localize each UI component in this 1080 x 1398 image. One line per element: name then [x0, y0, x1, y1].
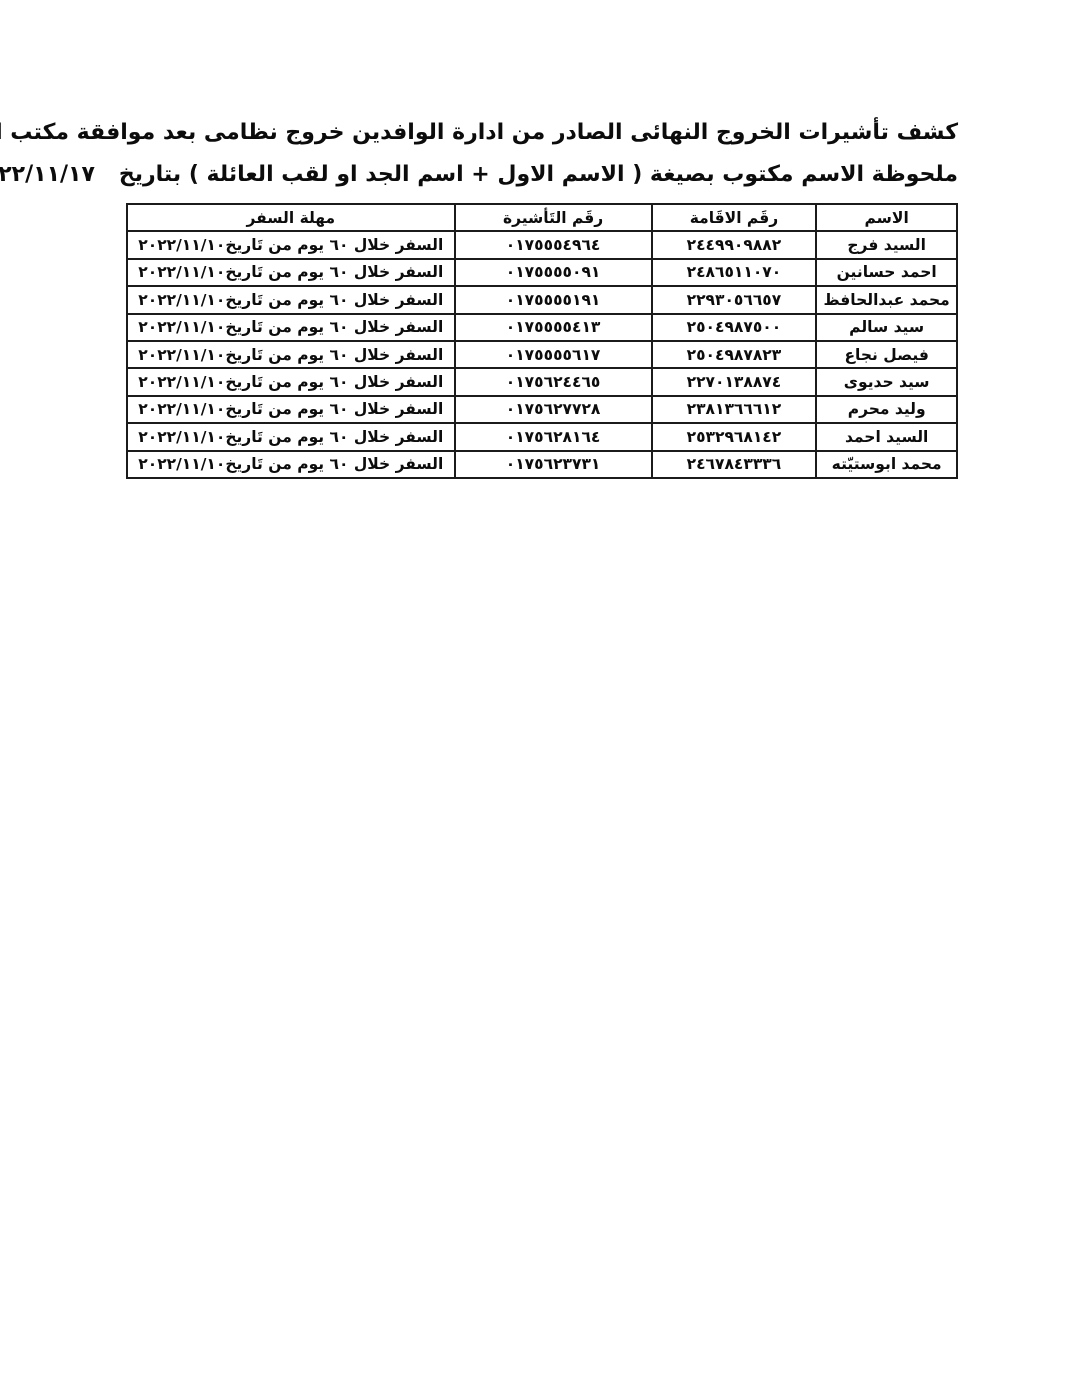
name-cell: فيصل نجاع	[816, 341, 957, 368]
visa-number-cell: ٠١٧٥٥٥٥٠٩١	[455, 259, 652, 286]
travel-window-cell: السفر خلال ٦٠ يوم من تَاريخ٢٠٢٢/١١/١٠	[127, 451, 455, 478]
title-note-text: ملحوظة الاسم مكتوب بصيغة ( الاسم الاول +…	[119, 162, 958, 187]
table-row: وليد محرم٢٣٨١٣٦٦٦١٢٠١٧٥٦٢٧٧٢٨السفر خلال …	[127, 396, 957, 423]
document-title-line1: كشف تأشيرات الخروج النهائى الصادر من ادا…	[126, 112, 958, 154]
visa-number-cell: ٠١٧٥٦٢٨١٦٤	[455, 423, 652, 450]
visa-number-cell: ٠١٧٥٦٢٧٧٢٨	[455, 396, 652, 423]
table-row: السيد فرج٢٤٤٩٩٠٩٨٨٢٠١٧٥٥٥٤٩٦٤السفر خلال …	[127, 231, 957, 258]
travel-window-cell: السفر خلال ٦٠ يوم من تَاريخ٢٠٢٢/١١/١٠	[127, 423, 455, 450]
name-cell: السيد احمد	[816, 423, 957, 450]
travel-window-cell: السفر خلال ٦٠ يوم من تَاريخ٢٠٢٢/١١/١٠	[127, 396, 455, 423]
table-row: فيصل نجاع٢٥٠٤٩٨٧٨٢٣٠١٧٥٥٥٥٦١٧السفر خلال …	[127, 341, 957, 368]
name-cell: وليد محرم	[816, 396, 957, 423]
visa-number-cell: ٠١٧٥٦٢٤٤٦٥	[455, 368, 652, 395]
residence-number-cell: ٢٤٤٩٩٠٩٨٨٢	[652, 231, 817, 258]
travel-window-cell: السفر خلال ٦٠ يوم من تَاريخ٢٠٢٢/١١/١٠	[127, 286, 455, 313]
residence-number-cell: ٢٣٨١٣٦٦٦١٢	[652, 396, 817, 423]
travel-window-cell: السفر خلال ٦٠ يوم من تَاريخ٢٠٢٢/١١/١٠	[127, 259, 455, 286]
col-header-travel-window: مهلة السفر	[127, 204, 455, 231]
residence-number-cell: ٢٥٣٢٩٦٨١٤٢	[652, 423, 817, 450]
table-row: السيد احمد٢٥٣٢٩٦٨١٤٢٠١٧٥٦٢٨١٦٤السفر خلال…	[127, 423, 957, 450]
residence-number-cell: ٢٥٠٤٩٨٧٨٢٣	[652, 341, 817, 368]
table-row: احمد حسانين٢٤٨٦٥١١٠٧٠٠١٧٥٥٥٥٠٩١السفر خلا…	[127, 259, 957, 286]
table-row: سيد حديوى٢٢٧٠١٣٨٨٧٤٠١٧٥٦٢٤٤٦٥السفر خلال …	[127, 368, 957, 395]
name-cell: محمد ابوستيّته	[816, 451, 957, 478]
visa-number-cell: ٠١٧٥٥٥٤٩٦٤	[455, 231, 652, 258]
table-row: محمد عبدالحافظ٢٢٩٣٠٥٦٦٥٧٠١٧٥٥٥٥١٩١السفر …	[127, 286, 957, 313]
residence-number-cell: ٢٢٩٣٠٥٦٦٥٧	[652, 286, 817, 313]
table-row: محمد ابوستيّته٢٤٦٧٨٤٣٣٣٦٠١٧٥٦٢٣٧٣١السفر …	[127, 451, 957, 478]
name-cell: احمد حسانين	[816, 259, 957, 286]
col-header-residence-number: رقَم الاقَامة	[652, 204, 817, 231]
travel-window-cell: السفر خلال ٦٠ يوم من تَاريخ٢٠٢٢/١١/١٠	[127, 314, 455, 341]
table-body: السيد فرج٢٤٤٩٩٠٩٨٨٢٠١٧٥٥٥٤٩٦٤السفر خلال …	[127, 231, 957, 478]
travel-window-cell: السفر خلال ٦٠ يوم من تَاريخ٢٠٢٢/١١/١٠	[127, 231, 455, 258]
travel-window-cell: السفر خلال ٦٠ يوم من تَاريخ٢٠٢٢/١١/١٠	[127, 368, 455, 395]
travel-window-cell: السفر خلال ٦٠ يوم من تَاريخ٢٠٢٢/١١/١٠	[127, 341, 455, 368]
name-cell: السيد فرج	[816, 231, 957, 258]
document-title-line2: ملحوظة الاسم مكتوب بصيغة ( الاسم الاول +…	[126, 154, 958, 196]
table-header-row: الاسم رقَم الاقَامة رقَم التَأشيرة مهلة …	[127, 204, 957, 231]
visa-number-cell: ٠١٧٥٥٥٥٦١٧	[455, 341, 652, 368]
document-page: كشف تأشيرات الخروج النهائى الصادر من ادا…	[0, 0, 1080, 1398]
exit-visas-table: الاسم رقَم الاقَامة رقَم التَأشيرة مهلة …	[126, 203, 958, 479]
residence-number-cell: ٢٢٧٠١٣٨٨٧٤	[652, 368, 817, 395]
col-header-visa-number: رقَم التَأشيرة	[455, 204, 652, 231]
report-date: ٢٠٢٢/١١/١٧	[0, 162, 95, 187]
name-cell: سيد حديوى	[816, 368, 957, 395]
residence-number-cell: ٢٤٨٦٥١١٠٧٠	[652, 259, 817, 286]
table-row: سيد سالم٢٥٠٤٩٨٧٥٠٠٠١٧٥٥٥٥٤١٣السفر خلال ٦…	[127, 314, 957, 341]
col-header-name: الاسم	[816, 204, 957, 231]
name-cell: محمد عبدالحافظ	[816, 286, 957, 313]
visa-number-cell: ٠١٧٥٦٢٣٧٣١	[455, 451, 652, 478]
residence-number-cell: ٢٤٦٧٨٤٣٣٣٦	[652, 451, 817, 478]
name-cell: سيد سالم	[816, 314, 957, 341]
visa-number-cell: ٠١٧٥٥٥٥١٩١	[455, 286, 652, 313]
document-title: كشف تأشيرات الخروج النهائى الصادر من ادا…	[126, 112, 958, 196]
residence-number-cell: ٢٥٠٤٩٨٧٥٠٠	[652, 314, 817, 341]
visa-number-cell: ٠١٧٥٥٥٥٤١٣	[455, 314, 652, 341]
